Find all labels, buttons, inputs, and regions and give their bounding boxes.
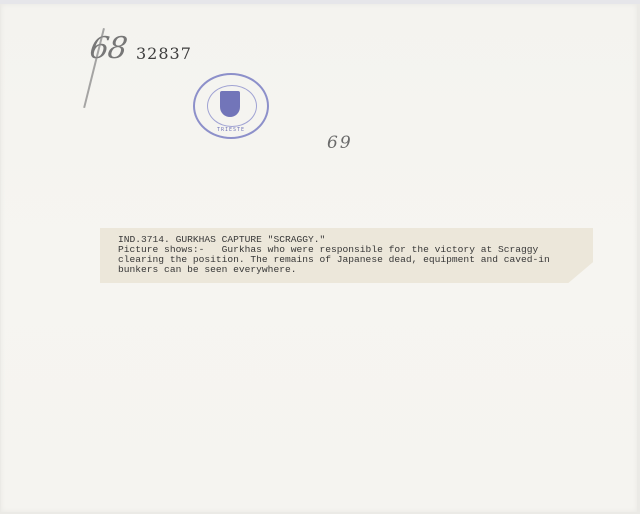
handwritten-number-center: 69 <box>327 133 353 153</box>
stamp-ring-text: TRIESTE <box>195 127 267 133</box>
archive-stamp: TRIESTE <box>193 73 269 139</box>
stamped-serial-number: 32837 <box>136 44 192 63</box>
caption-line-4: bunkers can be seen everywhere. <box>118 264 296 275</box>
typed-caption-slip: IND.3714. GURKHAS CAPTURE "SCRAGGY." Pic… <box>100 228 593 283</box>
caption-text: IND.3714. GURKHAS CAPTURE "SCRAGGY." Pic… <box>118 235 550 275</box>
coat-of-arms-shield-icon <box>220 91 240 117</box>
